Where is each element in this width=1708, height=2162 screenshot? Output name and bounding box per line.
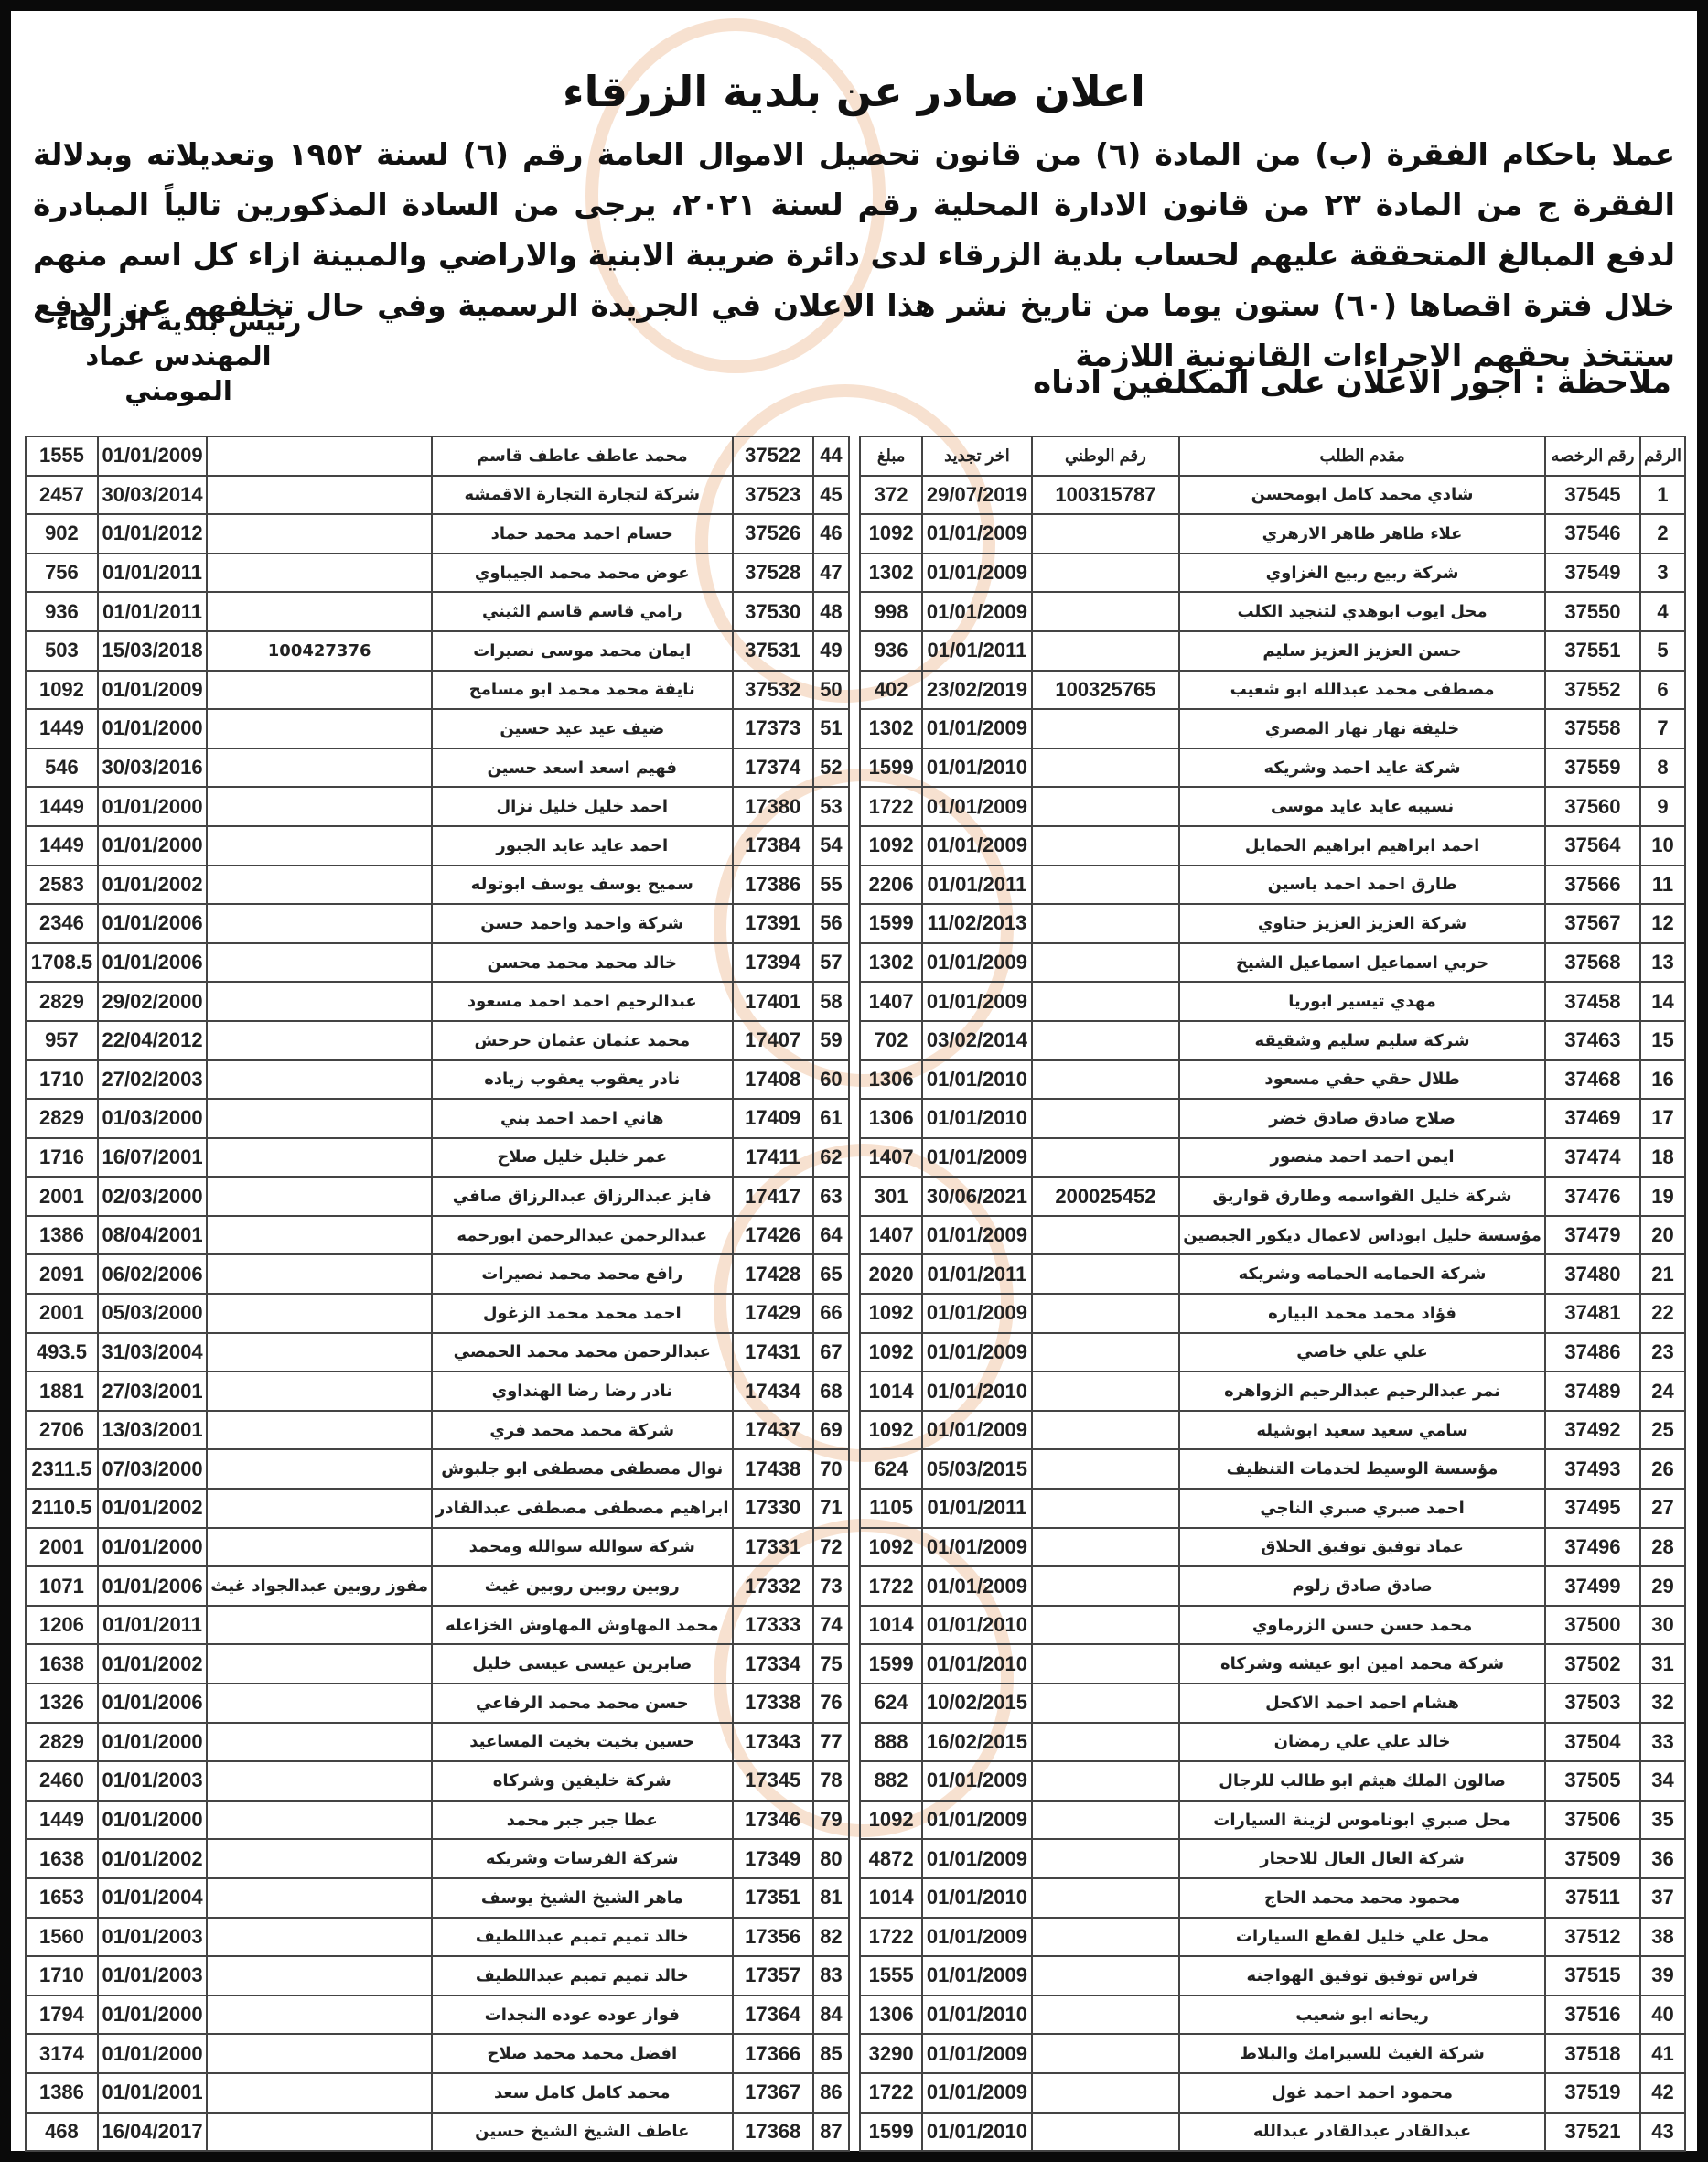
cell-amount: 1599 — [860, 2113, 922, 2152]
cell-amount: 1302 — [860, 943, 922, 983]
cell-amount: 1716 — [26, 1138, 98, 1178]
cell-name: محمد كامل كامل سعد — [432, 2073, 732, 2113]
cell-date: 01/01/2009 — [922, 826, 1031, 866]
cell-amount: 1386 — [26, 2073, 98, 2113]
cell-amount: 3174 — [26, 2034, 98, 2073]
cell-num: 12 — [1640, 904, 1685, 943]
cell-amount: 1555 — [26, 436, 98, 476]
cell-num: 37 — [1640, 1878, 1685, 1918]
cell-license: 37486 — [1545, 1333, 1640, 1372]
cell-name: شركة ربيع ربيع الغزاوي — [1179, 554, 1545, 593]
table-row: 3637509شركة العال العال للاحجار01/01/200… — [860, 1839, 1685, 1878]
table-header-row: الرقم رقم الرخصه مقدم الطلب رقم الوطني ا… — [860, 436, 1685, 476]
table-row: 6317417فايز عبدالرزاق عبدالرزاق صافي02/0… — [26, 1177, 849, 1216]
cell-amount: 1722 — [860, 2073, 922, 2113]
cell-num: 35 — [1640, 1801, 1685, 1840]
cell-name: عبدالرحمن محمد محمد الحمصي — [432, 1333, 732, 1372]
ad-title: اعلان صادر عن بلدية الزرقاء — [0, 67, 1708, 116]
table-row: 8417364فواز عوده عوده النجدات01/01/20001… — [26, 1995, 849, 2035]
table-row: 2637493مؤسسة الوسيط لخدمات التنظيف05/03/… — [860, 1449, 1685, 1489]
cell-amount: 546 — [26, 748, 98, 788]
table-row: 7217331شركة سوالله سوالله ومحمد01/01/200… — [26, 1528, 849, 1567]
cell-name: فهيم اسعد اسعد حسين — [432, 748, 732, 788]
cell-date: 23/02/2019 — [922, 671, 1031, 710]
cell-license: 37564 — [1545, 826, 1640, 866]
cell-date: 29/02/2000 — [98, 982, 207, 1021]
table-row: 2937499صادق صادق زلوم01/01/20091722 — [860, 1566, 1685, 1606]
col-header-name: مقدم الطلب — [1179, 436, 1545, 476]
cell-license: 37509 — [1545, 1839, 1640, 1878]
cell-national-id: 100315787 — [1032, 476, 1180, 515]
cell-num: 29 — [1640, 1566, 1685, 1606]
cell-date: 01/01/2009 — [922, 943, 1031, 983]
cell-name: عبدالقادر عبدالقادر عبدالله — [1179, 2113, 1545, 2152]
cell-date: 01/01/2012 — [98, 514, 207, 554]
cell-amount: 1449 — [26, 709, 98, 748]
cell-date: 01/01/2011 — [98, 554, 207, 593]
cell-num: 11 — [1640, 866, 1685, 905]
cell-license: 17417 — [733, 1177, 813, 1216]
cell-date: 30/03/2014 — [98, 476, 207, 515]
cell-license: 37496 — [1545, 1528, 1640, 1567]
table-row: 5917407محمد عثمان عثمان حرحش22/04/201295… — [26, 1021, 849, 1060]
cell-date: 01/01/2002 — [98, 866, 207, 905]
cell-date: 01/01/2009 — [922, 1566, 1031, 1606]
cell-num: 26 — [1640, 1449, 1685, 1489]
taxpayers-table-left: 4437522محمد عاطف عاطف قاسم01/01/20091555… — [25, 436, 850, 2152]
cell-national-id — [1032, 1995, 1180, 2035]
cell-name: محل صبري ابوناموس لزينة السيارات — [1179, 1801, 1545, 1840]
cell-name: شركة الحمامه الحمامه وشريكه — [1179, 1254, 1545, 1294]
cell-date: 01/01/2009 — [922, 1216, 1031, 1255]
cell-date: 01/01/2004 — [98, 1878, 207, 1918]
cell-license: 37545 — [1545, 476, 1640, 515]
cell-extra — [207, 2113, 432, 2152]
table-row: 8717368عاطف الشيخ الشيخ حسين16/04/201746… — [26, 2113, 849, 2152]
table-row: 8217356خالد تميم تميم عبداللطيف01/01/200… — [26, 1918, 849, 1957]
cell-extra — [207, 1839, 432, 1878]
table-row: 7417333محمد المهاوش المهاوش الخزاعله01/0… — [26, 1606, 849, 1645]
table-row: 3337504خالد علي علي رمضان16/02/2015888 — [860, 1723, 1685, 1762]
table-row: 6217411عمر خليل خليل صلاح16/07/20011716 — [26, 1138, 849, 1178]
cell-extra — [207, 514, 432, 554]
cell-date: 01/01/2001 — [98, 2073, 207, 2113]
cell-date: 01/01/2000 — [98, 1723, 207, 1762]
cell-license: 17345 — [733, 1761, 813, 1801]
cell-extra — [207, 592, 432, 631]
cell-date: 01/01/2010 — [922, 2113, 1031, 2152]
cell-date: 01/01/2009 — [98, 671, 207, 710]
table-row: 3437505صالون الملك هيثم ابو طالب للرجال0… — [860, 1761, 1685, 1801]
cell-amount: 1092 — [860, 1333, 922, 1372]
cell-date: 01/01/2009 — [922, 1333, 1031, 1372]
cell-amount: 888 — [860, 1723, 922, 1762]
table-row: 5617391شركة واحمد واحمد حسن01/01/2006234… — [26, 904, 849, 943]
cell-num: 2 — [1640, 514, 1685, 554]
cell-num: 42 — [1640, 2073, 1685, 2113]
cell-date: 01/01/2010 — [922, 1371, 1031, 1411]
cell-date: 01/01/2009 — [922, 1411, 1031, 1450]
cell-national-id — [1032, 592, 1180, 631]
cell-extra — [207, 787, 432, 826]
cell-amount: 624 — [860, 1449, 922, 1489]
cell-license: 37528 — [733, 554, 813, 593]
table-row: 4937531ايمان محمد موسى نصيرات10042737615… — [26, 631, 849, 671]
cell-national-id — [1032, 787, 1180, 826]
cell-extra — [207, 1918, 432, 1957]
table-row: 6017408نادر يعقوب يعقوب زياده27/02/20031… — [26, 1060, 849, 1100]
table-row: 6617429احمد محمد محمد الزغول05/03/200020… — [26, 1294, 849, 1333]
cell-national-id — [1032, 748, 1180, 788]
cell-num: 28 — [1640, 1528, 1685, 1567]
cell-name: صالون الملك هيثم ابو طالب للرجال — [1179, 1761, 1545, 1801]
cell-amount: 1710 — [26, 1956, 98, 1995]
cell-date: 31/03/2004 — [98, 1333, 207, 1372]
cell-num: 69 — [813, 1411, 849, 1450]
cell-date: 01/01/2002 — [98, 1644, 207, 1683]
cell-license: 37458 — [1545, 982, 1640, 1021]
cell-name: نايفة محمد محمد ابو مسامح — [432, 671, 732, 710]
cell-name: فايز عبدالرزاق عبدالرزاق صافي — [432, 1177, 732, 1216]
cell-license: 17356 — [733, 1918, 813, 1957]
col-header-national-id: رقم الوطني — [1032, 436, 1180, 476]
cell-amount: 1710 — [26, 1060, 98, 1100]
cell-license: 37518 — [1545, 2034, 1640, 2073]
table-row: 3937515فراس توفيق توفيق الهواجنه01/01/20… — [860, 1956, 1685, 1995]
cell-num: 9 — [1640, 787, 1685, 826]
cell-amount: 3290 — [860, 2034, 922, 2073]
cell-num: 81 — [813, 1878, 849, 1918]
cell-name: خالد محمد محمد محسن — [432, 943, 732, 983]
cell-license: 17343 — [733, 1723, 813, 1762]
cell-date: 01/01/2009 — [922, 709, 1031, 748]
cell-name: روبين روبين روبين غيث — [432, 1566, 732, 1606]
cell-amount: 1386 — [26, 1216, 98, 1255]
cell-license: 37532 — [733, 671, 813, 710]
cell-extra — [207, 1683, 432, 1723]
cell-amount: 493.5 — [26, 1333, 98, 1372]
cell-name: محل علي خليل لقطع السيارات — [1179, 1918, 1545, 1957]
cell-amount: 1306 — [860, 1995, 922, 2035]
cell-name: احمد عايد عايد الجبور — [432, 826, 732, 866]
cell-date: 01/01/2006 — [98, 904, 207, 943]
table-row: 1637468طلال حقي حقي مسعود01/01/20101306 — [860, 1060, 1685, 1100]
cell-license: 37526 — [733, 514, 813, 554]
cell-name: شركة خليل القواسمه وطارق قواريق — [1179, 1177, 1545, 1216]
cell-amount: 1092 — [860, 826, 922, 866]
table-row: 637552مصطفى محمد عبدالله ابو شعيب1003257… — [860, 671, 1685, 710]
cell-amount: 1014 — [860, 1878, 922, 1918]
cell-amount: 503 — [26, 631, 98, 671]
cell-num: 22 — [1640, 1294, 1685, 1333]
col-header-num: الرقم — [1640, 436, 1685, 476]
cell-license: 37566 — [1545, 866, 1640, 905]
cell-name: محمد عاطف عاطف قاسم — [432, 436, 732, 476]
cell-date: 22/04/2012 — [98, 1021, 207, 1060]
cell-date: 01/01/2011 — [922, 1254, 1031, 1294]
cell-num: 77 — [813, 1723, 849, 1762]
cell-name: شركة العزيز العزيز حتاوي — [1179, 904, 1545, 943]
cell-amount: 756 — [26, 554, 98, 593]
cell-amount: 2001 — [26, 1528, 98, 1567]
cell-num: 13 — [1640, 943, 1685, 983]
cell-num: 14 — [1640, 982, 1685, 1021]
cell-amount: 2460 — [26, 1761, 98, 1801]
cell-amount: 2110.5 — [26, 1489, 98, 1528]
cell-date: 01/01/2009 — [922, 2034, 1031, 2073]
cell-extra — [207, 1333, 432, 1372]
cell-name: شركة عايد احمد وشريكه — [1179, 748, 1545, 788]
table-row: 5037532نايفة محمد محمد ابو مسامح01/01/20… — [26, 671, 849, 710]
cell-license: 17408 — [733, 1060, 813, 1100]
signature-block: رئيس بلدية الزرقاء المهندس عماد المومني — [27, 304, 329, 408]
table-row: 5317380احمد خليل خليل نزال01/01/20001449 — [26, 787, 849, 826]
cell-num: 57 — [813, 943, 849, 983]
cell-amount: 1306 — [860, 1099, 922, 1138]
cell-num: 62 — [813, 1138, 849, 1178]
cell-license: 37506 — [1545, 1801, 1640, 1840]
cell-name: ريحانه ابو شعيب — [1179, 1995, 1545, 2035]
table-row: 137545شادي محمد كامل ابومحسن10031578729/… — [860, 476, 1685, 515]
cell-license: 37499 — [1545, 1566, 1640, 1606]
cell-national-id — [1032, 1723, 1180, 1762]
cell-date: 01/01/2009 — [922, 554, 1031, 593]
cell-date: 01/01/2009 — [922, 1918, 1031, 1957]
cell-num: 23 — [1640, 1333, 1685, 1372]
cell-amount: 2001 — [26, 1294, 98, 1333]
cell-license: 37505 — [1545, 1761, 1640, 1801]
cell-date: 01/01/2009 — [922, 1956, 1031, 1995]
cell-date: 10/02/2015 — [922, 1683, 1031, 1723]
cell-extra — [207, 2034, 432, 2073]
cell-license: 17331 — [733, 1528, 813, 1567]
signature-name: المهندس عماد المومني — [27, 339, 329, 408]
cell-national-id — [1032, 1761, 1180, 1801]
cell-num: 30 — [1640, 1606, 1685, 1645]
cell-amount: 1306 — [860, 1060, 922, 1100]
taxpayers-table-right: الرقم رقم الرخصه مقدم الطلب رقم الوطني ا… — [859, 436, 1686, 2152]
cell-date: 01/01/2011 — [98, 1606, 207, 1645]
cell-extra: مفوز روبين عبدالجواد غيث — [207, 1566, 432, 1606]
cell-national-id — [1032, 1801, 1180, 1840]
table-row: 3837512محل علي خليل لقطع السيارات01/01/2… — [860, 1918, 1685, 1957]
cell-name: علي علي خاصي — [1179, 1333, 1545, 1372]
cell-name: شادي محمد كامل ابومحسن — [1179, 476, 1545, 515]
cell-num: 20 — [1640, 1216, 1685, 1255]
cell-license: 17346 — [733, 1801, 813, 1840]
cell-num: 71 — [813, 1489, 849, 1528]
cell-amount: 1092 — [26, 671, 98, 710]
cell-num: 27 — [1640, 1489, 1685, 1528]
cell-name: نادر يعقوب يعقوب زياده — [432, 1060, 732, 1100]
cell-date: 01/01/2010 — [922, 1878, 1031, 1918]
cell-license: 37568 — [1545, 943, 1640, 983]
cell-extra — [207, 1216, 432, 1255]
cell-date: 16/02/2015 — [922, 1723, 1031, 1762]
cell-num: 67 — [813, 1333, 849, 1372]
cell-national-id — [1032, 1333, 1180, 1372]
cell-amount: 2829 — [26, 1099, 98, 1138]
cell-num: 61 — [813, 1099, 849, 1138]
cell-name: نمر عبدالرحيم عبدالرحيم الزواهره — [1179, 1371, 1545, 1411]
table-row: 6417426عبدالرحمن عبدالرحمن ابورحمه08/04/… — [26, 1216, 849, 1255]
cell-name: افضل محمد محمد صلاح — [432, 2034, 732, 2073]
cell-date: 01/01/2009 — [922, 787, 1031, 826]
cell-num: 15 — [1640, 1021, 1685, 1060]
cell-num: 52 — [813, 748, 849, 788]
cell-date: 01/01/2002 — [98, 1489, 207, 1528]
cell-num: 16 — [1640, 1060, 1685, 1100]
cell-num: 39 — [1640, 1956, 1685, 1995]
cell-num: 56 — [813, 904, 849, 943]
cell-amount: 2346 — [26, 904, 98, 943]
cell-national-id — [1032, 1683, 1180, 1723]
cell-num: 83 — [813, 1956, 849, 1995]
cell-amount: 1599 — [860, 904, 922, 943]
cell-date: 16/04/2017 — [98, 2113, 207, 2152]
cell-amount: 1407 — [860, 1138, 922, 1178]
table-row: 1337568حربي اسماعيل اسماعيل الشيخ01/01/2… — [860, 943, 1685, 983]
cell-national-id — [1032, 1449, 1180, 1489]
cell-amount: 301 — [860, 1177, 922, 1216]
cell-amount: 1794 — [26, 1995, 98, 2035]
table-row: 6817434نادر رضا رضا الهنداوي27/03/200118… — [26, 1371, 849, 1411]
cell-license: 37551 — [1545, 631, 1640, 671]
cell-license: 37516 — [1545, 1995, 1640, 2035]
cell-num: 45 — [813, 476, 849, 515]
cell-num: 86 — [813, 2073, 849, 2113]
cell-amount: 1708.5 — [26, 943, 98, 983]
cell-amount: 1407 — [860, 982, 922, 1021]
cell-extra — [207, 1254, 432, 1294]
table-row: 7117330ابراهيم مصطفى مصطفى عبدالقادر01/0… — [26, 1489, 849, 1528]
cell-amount: 402 — [860, 671, 922, 710]
cell-num: 87 — [813, 2113, 849, 2152]
cell-num: 18 — [1640, 1138, 1685, 1178]
cell-num: 51 — [813, 709, 849, 748]
cell-name: شركة الغيث للسيرامك والبلاط — [1179, 2034, 1545, 2073]
cell-date: 01/01/2009 — [922, 1294, 1031, 1333]
cell-amount: 2091 — [26, 1254, 98, 1294]
cell-name: عبدالرحيم احمد احمد مسعود — [432, 982, 732, 1021]
cell-license: 17357 — [733, 1956, 813, 1995]
cell-num: 4 — [1640, 592, 1685, 631]
cell-name: عمر خليل خليل صلاح — [432, 1138, 732, 1178]
cell-license: 17426 — [733, 1216, 813, 1255]
cell-num: 3 — [1640, 554, 1685, 593]
table-row: 5817401عبدالرحيم احمد احمد مسعود29/02/20… — [26, 982, 849, 1021]
table-row: 5717394خالد محمد محمد محسن01/01/20061708… — [26, 943, 849, 983]
cell-extra — [207, 1761, 432, 1801]
table-row: 5117373ضيف عيد عيد حسين01/01/20001449 — [26, 709, 849, 748]
table-row: 2537492سامي سعيد سعيد ابوشيله01/01/20091… — [860, 1411, 1685, 1450]
table-row: 4737528عوض محمد محمد الجيباوي01/01/20117… — [26, 554, 849, 593]
table-row: 2037479مؤسسة خليل ابوداس لاعمال ديكور ال… — [860, 1216, 1685, 1255]
table-row: 7817345شركة خليفين وشركاه01/01/20032460 — [26, 1761, 849, 1801]
col-header-last-renewal: اخر تجديد — [922, 436, 1031, 476]
cell-amount: 1326 — [26, 1683, 98, 1723]
cell-name: عوض محمد محمد الجيباوي — [432, 554, 732, 593]
table-row: 8517366افضل محمد محمد صلاح01/01/20003174 — [26, 2034, 849, 2073]
cell-national-id — [1032, 1528, 1180, 1567]
cell-num: 76 — [813, 1683, 849, 1723]
cell-license: 17437 — [733, 1411, 813, 1450]
cell-license: 37500 — [1545, 1606, 1640, 1645]
cell-license: 37481 — [1545, 1294, 1640, 1333]
cell-license: 37523 — [733, 476, 813, 515]
cell-license: 37504 — [1545, 1723, 1640, 1762]
table-row: 2337486علي علي خاصي01/01/20091092 — [860, 1333, 1685, 1372]
cell-license: 37549 — [1545, 554, 1640, 593]
cell-name: نادر رضا رضا الهنداوي — [432, 1371, 732, 1411]
cell-license: 37511 — [1545, 1878, 1640, 1918]
cell-license: 37474 — [1545, 1138, 1640, 1178]
cell-date: 01/01/2009 — [922, 2073, 1031, 2113]
cell-date: 16/07/2001 — [98, 1138, 207, 1178]
cell-amount: 1092 — [860, 514, 922, 554]
table-row: 8617367محمد كامل كامل سعد01/01/20011386 — [26, 2073, 849, 2113]
cell-name: شركة لتجارة التجارة الاقمشه — [432, 476, 732, 515]
cell-license: 37550 — [1545, 592, 1640, 631]
cell-num: 73 — [813, 1566, 849, 1606]
cell-national-id — [1032, 982, 1180, 1021]
cell-amount: 1206 — [26, 1606, 98, 1645]
cell-license: 37463 — [1545, 1021, 1640, 1060]
cell-amount: 624 — [860, 1683, 922, 1723]
cell-name: شركة واحمد واحمد حسن — [432, 904, 732, 943]
cell-national-id — [1032, 1060, 1180, 1100]
cell-date: 01/01/2006 — [98, 943, 207, 983]
table-row: 7617338حسن محمد محمد الرفاعي01/01/200613… — [26, 1683, 849, 1723]
cell-date: 01/01/2000 — [98, 2034, 207, 2073]
cell-date: 01/01/2006 — [98, 1683, 207, 1723]
cell-num: 24 — [1640, 1371, 1685, 1411]
cell-license: 17429 — [733, 1294, 813, 1333]
cell-name: هاني احمد احمد بني — [432, 1099, 732, 1138]
cell-license: 37476 — [1545, 1177, 1640, 1216]
table-row: 1937476شركة خليل القواسمه وطارق قواريق20… — [860, 1177, 1685, 1216]
table-row: 2737495احمد صبري صبري الناجي01/01/201111… — [860, 1489, 1685, 1528]
table-row: 4437522محمد عاطف عاطف قاسم01/01/20091555 — [26, 436, 849, 476]
table-row: 2237481فؤاد محمد محمد البياره01/01/20091… — [860, 1294, 1685, 1333]
cell-national-id — [1032, 826, 1180, 866]
cell-num: 36 — [1640, 1839, 1685, 1878]
cell-name: شركة محمد امين ابو عيشه وشركاه — [1179, 1644, 1545, 1683]
cell-date: 01/01/2006 — [98, 1566, 207, 1606]
cell-name: سميح يوسف يوسف ابوتوله — [432, 866, 732, 905]
cell-license: 37469 — [1545, 1099, 1640, 1138]
cell-license: 17330 — [733, 1489, 813, 1528]
cell-num: 5 — [1640, 631, 1685, 671]
cell-amount: 1722 — [860, 1918, 922, 1957]
cell-national-id — [1032, 709, 1180, 748]
cell-extra — [207, 1449, 432, 1489]
table-row: 4137518شركة الغيث للسيرامك والبلاط01/01/… — [860, 2034, 1685, 2073]
cell-amount: 1014 — [860, 1371, 922, 1411]
cell-date: 01/01/2009 — [922, 1528, 1031, 1567]
cell-extra — [207, 671, 432, 710]
cell-extra — [207, 748, 432, 788]
table-row: 4337521عبدالقادر عبدالقادر عبدالله01/01/… — [860, 2113, 1685, 2152]
cell-amount: 1092 — [860, 1294, 922, 1333]
cell-extra: 100427376 — [207, 631, 432, 671]
cell-amount: 372 — [860, 476, 922, 515]
cell-num: 25 — [1640, 1411, 1685, 1450]
cell-amount: 2001 — [26, 1177, 98, 1216]
cell-national-id: 200025452 — [1032, 1177, 1180, 1216]
cell-license: 37519 — [1545, 2073, 1640, 2113]
cell-amount: 1722 — [860, 787, 922, 826]
